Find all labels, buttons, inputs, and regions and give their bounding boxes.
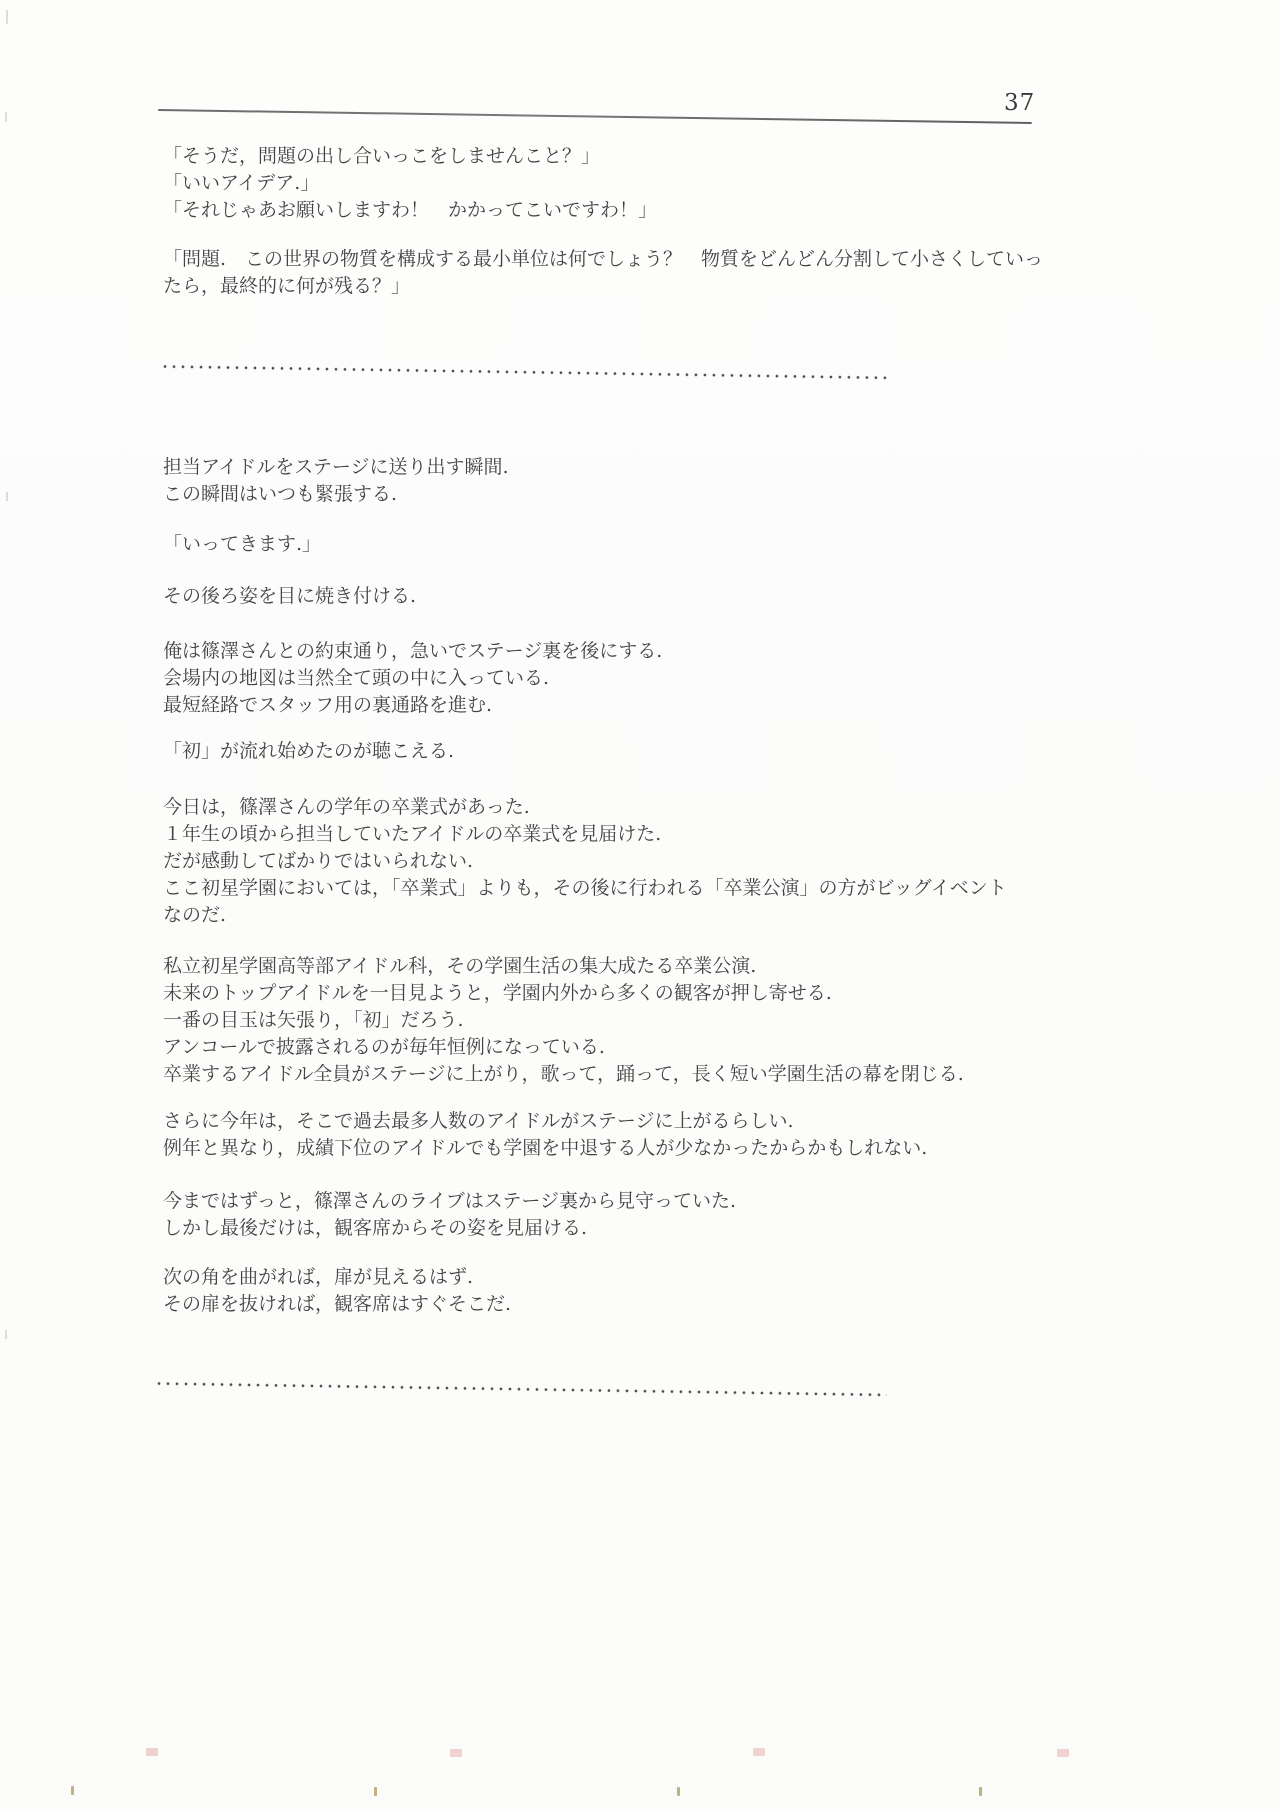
text-line: 「問題. この世界の物質を構成する最小単位は何でしょう？ 物質をどんどん分割して… bbox=[163, 246, 1173, 273]
paragraph-watching: 今まではずっと，篠澤さんのライブはステージ裏から見守っていた. しかし最後だけは… bbox=[163, 1188, 1173, 1242]
scan-artifact bbox=[6, 492, 8, 501]
paragraph-ittekimasu: 「いってきます.」 bbox=[163, 531, 1173, 558]
text-line: 「いってきます.」 bbox=[163, 531, 1173, 558]
text-line: 一番の目玉は矢張り，「初」だろう. bbox=[163, 1007, 1173, 1034]
scan-artifact bbox=[677, 1787, 680, 1796]
text-line: さらに今年は，そこで過去最多人数のアイドルがステージに上がるらしい. bbox=[163, 1108, 1173, 1135]
text-line: 「初」が流れ始めたのが聴こえる. bbox=[163, 738, 1173, 765]
paragraph-hatsu-song: 「初」が流れ始めたのが聴こえる. bbox=[163, 738, 1173, 765]
text-line: 卒業するアイドル全員がステージに上がり，歌って，踊って，長く短い学園生活の幕を閉… bbox=[163, 1061, 1173, 1088]
scan-artifact bbox=[450, 1749, 462, 1757]
paragraph-back-view: その後ろ姿を目に焼き付ける. bbox=[163, 583, 1173, 610]
text-line: 次の角を曲がれば，扉が見えるはず. bbox=[163, 1264, 1173, 1291]
text-line: 俺は篠澤さんとの約束通り，急いでステージ裏を後にする. bbox=[163, 638, 1173, 665]
text-line: なのだ. bbox=[163, 902, 1173, 929]
dotted-separator-bottom bbox=[157, 1381, 887, 1397]
text-line: 「それじゃあお願いしますわ！ かかってこいですわ！」 bbox=[163, 197, 1173, 224]
text-line: 担当アイドルをステージに送り出す瞬間. bbox=[163, 454, 1173, 481]
paragraph-backstage: 俺は篠澤さんとの約束通り，急いでステージ裏を後にする. 会場内の地図は当然全て頭… bbox=[163, 638, 1173, 719]
text-line: たら，最終的に何が残る？」 bbox=[163, 273, 1173, 300]
paragraph-graduation-concert: 私立初星学園高等部アイドル科，その学園生活の集大成たる卒業公演. 未来のトップア… bbox=[163, 953, 1173, 1088]
scan-artifact bbox=[71, 1786, 74, 1795]
scan-artifact bbox=[374, 1787, 377, 1796]
paragraph-this-year: さらに今年は，そこで過去最多人数のアイドルがステージに上がるらしい. 例年と異な… bbox=[163, 1108, 1173, 1162]
scan-artifact bbox=[146, 1748, 158, 1756]
text-line: だが感動してばかりではいられない. bbox=[163, 848, 1173, 875]
text-line: 例年と異なり，成績下位のアイドルでも学園を中退する人が少なかったからかもしれない… bbox=[163, 1135, 1173, 1162]
text-line: 会場内の地図は当然全て頭の中に入っている. bbox=[163, 665, 1173, 692]
paragraph-corner-door: 次の角を曲がれば，扉が見えるはず. その扉を抜ければ，観客席はすぐそこだ. bbox=[163, 1264, 1173, 1318]
text-line: しかし最後だけは，観客席からその姿を見届ける. bbox=[163, 1215, 1173, 1242]
scan-artifact bbox=[1057, 1749, 1069, 1757]
text-line: 最短経路でスタッフ用の裏通路を進む. bbox=[163, 692, 1173, 719]
text-line: １年生の頃から担当していたアイドルの卒業式を見届けた. bbox=[163, 821, 1173, 848]
paragraph-dialogue-question: 「問題. この世界の物質を構成する最小単位は何でしょう？ 物質をどんどん分割して… bbox=[163, 246, 1173, 300]
text-line: その後ろ姿を目に焼き付ける. bbox=[163, 583, 1173, 610]
paragraph-dialogue-quiz-proposal: 「そうだ，問題の出し合いっこをしませんこと？」 「いいアイデア.」 「それじゃあ… bbox=[163, 143, 1173, 224]
scan-artifact bbox=[5, 112, 7, 122]
paragraph-stage-moment: 担当アイドルをステージに送り出す瞬間. この瞬間はいつも緊張する. bbox=[163, 454, 1173, 508]
text-line: 今まではずっと，篠澤さんのライブはステージ裏から見守っていた. bbox=[163, 1188, 1173, 1215]
text-line: ここ初星学園においては，「卒業式」よりも，その後に行われる「卒業公演」の方がビッ… bbox=[163, 875, 1173, 902]
paragraph-graduation-day: 今日は，篠澤さんの学年の卒業式があった. １年生の頃から担当していたアイドルの卒… bbox=[163, 794, 1173, 929]
text-line: 未来のトップアイドルを一目見ようと，学園内外から多くの観客が押し寄せる. bbox=[163, 980, 1173, 1007]
scan-artifact bbox=[5, 1330, 7, 1339]
text-line: この瞬間はいつも緊張する. bbox=[163, 481, 1173, 508]
scan-artifact bbox=[6, 10, 8, 24]
text-line: アンコールで披露されるのが毎年恒例になっている. bbox=[163, 1034, 1173, 1061]
scan-artifact bbox=[753, 1748, 765, 1756]
page-number: 37 bbox=[1004, 90, 1035, 116]
scan-artifact bbox=[979, 1787, 982, 1796]
text-line: 「いいアイデア.」 bbox=[163, 170, 1173, 197]
text-line: 私立初星学園高等部アイドル科，その学園生活の集大成たる卒業公演. bbox=[163, 953, 1173, 980]
text-line: 今日は，篠澤さんの学年の卒業式があった. bbox=[163, 794, 1173, 821]
dotted-separator-top bbox=[163, 364, 890, 380]
header-rule bbox=[158, 109, 1032, 124]
scanned-document-page: 37 「そうだ，問題の出し合いっこをしませんこと？」 「いいアイデア.」 「それ… bbox=[0, 0, 1280, 1809]
text-line: 「そうだ，問題の出し合いっこをしませんこと？」 bbox=[163, 143, 1173, 170]
text-line: その扉を抜ければ，観客席はすぐそこだ. bbox=[163, 1291, 1173, 1318]
